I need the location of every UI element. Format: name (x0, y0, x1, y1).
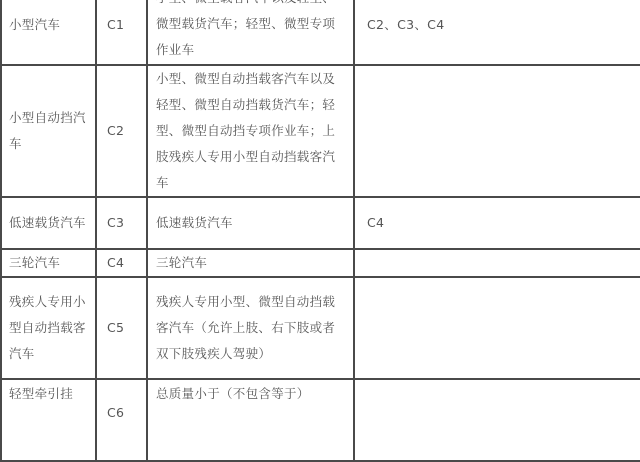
permitted-vehicles-cell: 小型、微型自动挡载客汽车以及轻型、微型自动挡载货汽车；轻型、微型自动挡专项作业车… (147, 65, 354, 197)
table-row: 低速载货汽车 C3 低速载货汽车 C4 (1, 197, 640, 249)
vehicle-type-cell: 小型汽车 (1, 0, 96, 65)
vehicle-type-cell: 残疾人专用小型自动挡载客汽车 (1, 277, 96, 379)
license-code-cell: C5 (96, 277, 147, 379)
included-classes-cell (354, 65, 640, 197)
vehicle-type-cell: 低速载货汽车 (1, 197, 96, 249)
license-class-table: 小型汽车 C1 小型、微型载客汽车以及轻型、微型载货汽车；轻型、微型专项作业车 … (0, 0, 640, 400)
included-classes-cell: C2、C3、C4 (354, 0, 640, 65)
table-row: 轻型牵引挂 C6 总质量小于（不包含等于） (1, 379, 640, 400)
license-code-cell: C3 (96, 197, 147, 249)
included-classes-cell: C4 (354, 197, 640, 249)
vehicle-type-cell: 轻型牵引挂 (1, 379, 96, 400)
table-row: 小型汽车 C1 小型、微型载客汽车以及轻型、微型载货汽车；轻型、微型专项作业车 … (1, 0, 640, 65)
permitted-vehicles-cell: 小型、微型载客汽车以及轻型、微型载货汽车；轻型、微型专项作业车 (147, 0, 354, 65)
table-row: 小型自动挡汽车 C2 小型、微型自动挡载客汽车以及轻型、微型自动挡载货汽车；轻型… (1, 65, 640, 197)
included-classes-cell (354, 277, 640, 379)
permitted-vehicles-cell: 残疾人专用小型、微型自动挡载客汽车（允许上肢、右下肢或者双下肢残疾人驾驶） (147, 277, 354, 379)
included-classes-cell (354, 379, 640, 400)
vehicle-type-cell: 小型自动挡汽车 (1, 65, 96, 197)
license-code-cell: C4 (96, 249, 147, 277)
license-code-cell: C1 (96, 0, 147, 65)
permitted-vehicles-cell: 低速载货汽车 (147, 197, 354, 249)
included-classes-cell (354, 249, 640, 277)
permitted-vehicles-cell: 三轮汽车 (147, 249, 354, 277)
vehicle-type-cell: 三轮汽车 (1, 249, 96, 277)
license-code-cell: C6 (96, 379, 147, 400)
table-row: 三轮汽车 C4 三轮汽车 (1, 249, 640, 277)
license-code-cell: C2 (96, 65, 147, 197)
permitted-vehicles-cell: 总质量小于（不包含等于） (147, 379, 354, 400)
license-class-table-container: 小型汽车 C1 小型、微型载客汽车以及轻型、微型载货汽车；轻型、微型专项作业车 … (0, 0, 640, 400)
table-row: 残疾人专用小型自动挡载客汽车 C5 残疾人专用小型、微型自动挡载客汽车（允许上肢… (1, 277, 640, 379)
